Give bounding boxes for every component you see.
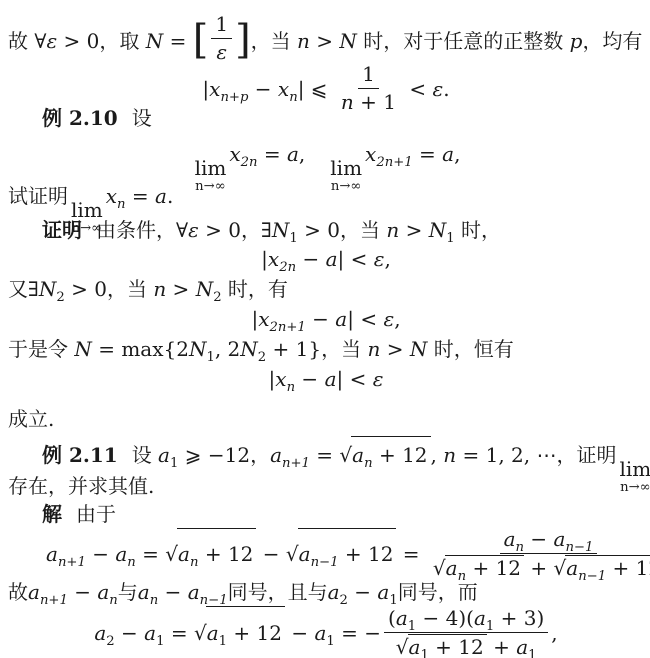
radicand: an + 12 <box>351 436 430 473</box>
cjk-text: 由条件， <box>96 218 176 242</box>
math-sub: 2 <box>213 290 221 305</box>
fraction: 1ε <box>211 12 232 65</box>
math-var: ε <box>383 307 394 331</box>
sqrt-expr: √an + 12 <box>165 528 256 579</box>
math-var: a <box>138 580 150 604</box>
math-var: p <box>570 29 583 53</box>
cjk-text: 故 <box>8 29 34 53</box>
math-var: N <box>339 29 357 53</box>
sqrt-expr: √a1 + 12 <box>194 606 285 658</box>
math-sub: n <box>287 380 296 395</box>
math-sub: n+p <box>220 90 248 105</box>
math-op: > 0 <box>57 29 99 53</box>
math-var: N <box>429 218 447 242</box>
math-var: n <box>367 337 380 361</box>
numerator: 1 <box>358 62 379 89</box>
math-op: − <box>248 77 277 101</box>
math-var: a <box>158 443 170 467</box>
exists-symbol: ∃ <box>28 277 39 301</box>
textbook-page: 故 ∀ε > 0，取 N = [1ε]，当 n > N 时，对于任意的正整数 p… <box>0 0 650 658</box>
geqslant-symbol: ⩾ −12 <box>178 443 250 467</box>
abs-bar: | <box>261 247 268 271</box>
cjk-text: ， <box>241 218 261 242</box>
equation-1: |xn+p − xn| ⩽ 1n + 1 < ε. <box>8 64 644 104</box>
math-var: ε <box>374 247 385 271</box>
cjk-text: 成立. <box>8 407 54 431</box>
math-op: = 1, 2, ⋯ <box>456 443 556 467</box>
cjk-text: 故 <box>8 580 28 604</box>
math-op: = <box>163 29 192 53</box>
math-op: − <box>295 367 324 391</box>
exists-symbol: ∃ <box>261 218 272 242</box>
example-label: 例 2.10 <box>42 106 118 130</box>
fraction: 1n + 1 <box>337 62 400 115</box>
comma: , <box>551 621 557 645</box>
math-var: N <box>39 277 57 301</box>
math-op: − <box>86 542 115 566</box>
text-line-7: 故an+1 − an与an − an−1同号，且与a2 − a1同号，而 <box>8 578 644 606</box>
comma: , <box>384 247 390 271</box>
cjk-text: 存在，并求其值. <box>8 474 154 498</box>
solution-label: 解 <box>42 502 62 526</box>
cjk-text: ，取 <box>99 29 145 53</box>
math-var: a <box>314 621 326 645</box>
math-sub: 2 <box>56 290 64 305</box>
limit-operator: limn→∞ <box>195 158 227 194</box>
math-var: a <box>28 580 40 604</box>
forall-symbol: ∀ <box>34 29 46 53</box>
comma: , <box>299 142 305 166</box>
math-var: a <box>94 621 106 645</box>
denominator: √an + 12 + √an−1 + 12 <box>429 554 650 581</box>
math-var: n <box>153 277 166 301</box>
equation-5: |xn − a| < ε <box>8 364 644 394</box>
math-var: x <box>365 142 376 166</box>
cjk-text: ，当 <box>107 277 153 301</box>
math-var: a <box>188 580 200 604</box>
math-var: x <box>258 307 269 331</box>
math-var: ε <box>433 77 444 101</box>
denominator: n + 1 <box>337 89 400 115</box>
radicand: an + 12 <box>177 528 256 579</box>
math-sub: 2 <box>258 350 266 365</box>
denominator: ε <box>212 39 231 65</box>
period: . <box>167 184 173 208</box>
math-op: = <box>126 184 155 208</box>
example-label: 例 2.11 <box>42 443 118 467</box>
cjk-text: 由于 <box>76 502 116 526</box>
lim-label: lim <box>330 158 362 179</box>
math-sub: n+1 <box>282 456 310 471</box>
denominator: √a1 + 12 + a1 <box>392 633 541 658</box>
lim-subscript: n→∞ <box>620 481 650 495</box>
cjk-text: 又 <box>8 277 28 301</box>
math-op: < <box>403 77 432 101</box>
cjk-text: 设 <box>132 443 158 467</box>
math-var: a <box>326 247 338 271</box>
lim-label: lim <box>620 459 650 480</box>
equation-7: a2 − a1 = √a1 + 12 − a1 = −(a1 − 4)(a1 +… <box>8 606 644 658</box>
cjk-text: 时，有 <box>222 277 288 301</box>
math-sub: n <box>127 555 136 570</box>
period: . <box>443 77 449 101</box>
math-op: = <box>136 542 165 566</box>
math-op: > 0 <box>65 277 107 301</box>
math-op: = max{2 <box>92 337 189 361</box>
math-sub: n <box>117 197 126 212</box>
math-var: a <box>287 142 299 166</box>
cjk-text: 于是令 <box>8 337 74 361</box>
math-sub: 2n <box>241 155 258 170</box>
math-var: ε <box>46 29 57 53</box>
text-line-2: 试证明limn→∞xn = a. <box>8 176 644 216</box>
math-sub: 2 <box>106 634 114 649</box>
cjk-text: ， <box>250 443 270 467</box>
math-var: x <box>209 77 220 101</box>
radicand: a1 + 12 <box>206 606 285 658</box>
example-2-10-heading: 例 2.10设 <box>8 104 644 132</box>
lim-label: lim <box>195 158 227 179</box>
math-op: | < <box>338 247 374 271</box>
cjk-text: 时，对于任意的正整数 <box>357 29 570 53</box>
math-var: a <box>442 142 454 166</box>
math-sub: n+1 <box>40 593 68 608</box>
math-sub: 2n+1 <box>269 320 305 335</box>
math-op: − <box>296 247 325 271</box>
math-op: − <box>68 580 97 604</box>
math-var: x <box>106 184 117 208</box>
example-2-11-heading: 例 2.11设 a1 ⩾ −12，an+1 = √an + 12, n = 1,… <box>8 436 644 472</box>
math-var: N <box>189 337 207 361</box>
cjk-text: 同号，而 <box>398 580 478 604</box>
proof-label: 证明 <box>42 218 82 242</box>
math-op: , 2 <box>215 337 240 361</box>
math-var: n <box>386 218 399 242</box>
math-op: − <box>115 621 144 645</box>
math-op: − <box>285 621 314 645</box>
math-var: ε <box>188 218 199 242</box>
math-var: N <box>196 277 214 301</box>
math-sub: 1 <box>446 231 454 246</box>
math-sub: 2n <box>279 260 296 275</box>
math-var: x <box>268 247 279 271</box>
forall-symbol: ∀ <box>176 218 188 242</box>
lim-subscript: n→∞ <box>331 180 362 194</box>
math-op: | < <box>337 367 373 391</box>
math-op: | < <box>347 307 383 331</box>
math-op: − <box>306 307 335 331</box>
math-sub: 1 <box>206 350 214 365</box>
cjk-text: 设 <box>132 106 152 130</box>
math-op: > 0 <box>298 218 340 242</box>
cjk-text: 时， <box>455 218 501 242</box>
cjk-text: ，当 <box>340 218 386 242</box>
text-line-6: 存在，并求其值. <box>8 472 644 500</box>
fraction: an − an−1√an + 12 + √an−1 + 12 <box>429 527 650 581</box>
fraction: (a1 − 4)(a1 + 3)√a1 + 12 + a1 <box>384 606 548 658</box>
text-line-4: 于是令 N = max{2N1, 2N2 + 1}，当 n > N 时，恒有 <box>8 334 644 364</box>
math-var: a <box>377 580 389 604</box>
math-var: a <box>46 542 58 566</box>
cjk-text: ，均有 <box>582 29 642 53</box>
left-bracket: [ <box>193 22 209 59</box>
cjk-text: 与 <box>118 580 138 604</box>
math-op: = <box>396 542 425 566</box>
sqrt-expr: √a1 + 12 <box>396 634 487 658</box>
math-op: = <box>310 443 339 467</box>
math-op: = <box>258 142 287 166</box>
math-var: a <box>328 580 340 604</box>
math-op: − <box>348 580 377 604</box>
sqrt-expr: √an + 12 <box>339 436 430 473</box>
math-var: x <box>229 142 240 166</box>
math-var: a <box>155 184 167 208</box>
floor-bracket-group: [1ε] <box>193 14 251 67</box>
comma: , <box>431 443 444 467</box>
math-var: N <box>410 337 428 361</box>
sqrt-expr: √an−1 + 12 <box>554 555 650 581</box>
math-var: n <box>443 443 456 467</box>
math-sub: 2n+1 <box>376 155 412 170</box>
math-var: a <box>144 621 156 645</box>
cjk-text: 时，恒有 <box>427 337 513 361</box>
math-sub: 1 <box>326 634 334 649</box>
limit-operator: limn→∞ <box>330 158 362 194</box>
math-op: > <box>399 218 428 242</box>
math-op: = <box>164 621 193 645</box>
math-var: n <box>297 29 310 53</box>
limit-operator: limn→∞ <box>620 459 650 495</box>
math-var: x <box>278 77 289 101</box>
cjk-text: ，证明 <box>557 443 617 467</box>
math-op: + 1} <box>266 337 321 361</box>
numerator: an − an−1 <box>500 527 598 554</box>
math-sub: n+1 <box>58 555 86 570</box>
text-line-1: 故 ∀ε > 0，取 N = [1ε]，当 n > N 时，对于任意的正整数 p… <box>8 16 644 64</box>
solution-line: 解由于 <box>8 500 644 528</box>
math-op: − <box>158 580 187 604</box>
equation-3: |x2n − a| < ε, <box>8 244 644 274</box>
cjk-text: ，当 <box>321 337 367 361</box>
text-line-5: 成立. <box>8 402 644 436</box>
math-var: a <box>270 443 282 467</box>
math-var: N <box>240 337 258 361</box>
math-var: N <box>146 29 164 53</box>
proof-line: 证明由条件，∀ε > 0，∃N1 > 0，当 n > N1 时， <box>8 216 644 244</box>
right-bracket: ] <box>235 22 251 59</box>
math-var: ε <box>373 367 384 391</box>
text-line-3: 又∃N2 > 0，当 n > N2 时，有 <box>8 274 644 304</box>
leqslant-symbol: | ⩽ <box>298 77 334 101</box>
math-op: = <box>413 142 442 166</box>
math-var: a <box>325 367 337 391</box>
comma: , <box>454 142 460 166</box>
cjk-text: 试证明 <box>8 184 68 208</box>
equation-4: |x2n+1 − a| < ε, <box>8 304 644 334</box>
math-var: N <box>74 337 92 361</box>
math-op: − <box>256 542 285 566</box>
math-op: = − <box>335 621 381 645</box>
equation-6: an+1 − an = √an + 12 − √an−1 + 12 = an −… <box>8 528 644 578</box>
comma: , <box>394 307 400 331</box>
sqrt-expr: √an−1 + 12 <box>286 528 397 579</box>
math-var: N <box>272 218 290 242</box>
math-op: > <box>166 277 195 301</box>
numerator: (a1 − 4)(a1 + 3) <box>384 606 548 633</box>
math-var: a <box>97 580 109 604</box>
cjk-text: 同号，且与 <box>228 580 328 604</box>
cjk-text: ，当 <box>251 29 297 53</box>
lim-subscript: n→∞ <box>195 180 226 194</box>
equation-2: limn→∞x2n = a,limn→∞x2n+1 = a, <box>8 132 644 176</box>
math-var: a <box>335 307 347 331</box>
math-op: > <box>310 29 339 53</box>
math-var: a <box>115 542 127 566</box>
math-sub: n <box>289 90 298 105</box>
sqrt-expr: √an + 12 <box>433 555 524 581</box>
math-var: x <box>275 367 286 391</box>
radicand: an−1 + 12 <box>298 528 397 579</box>
math-op: > <box>380 337 409 361</box>
math-op: > 0 <box>199 218 241 242</box>
numerator: 1 <box>211 12 232 39</box>
